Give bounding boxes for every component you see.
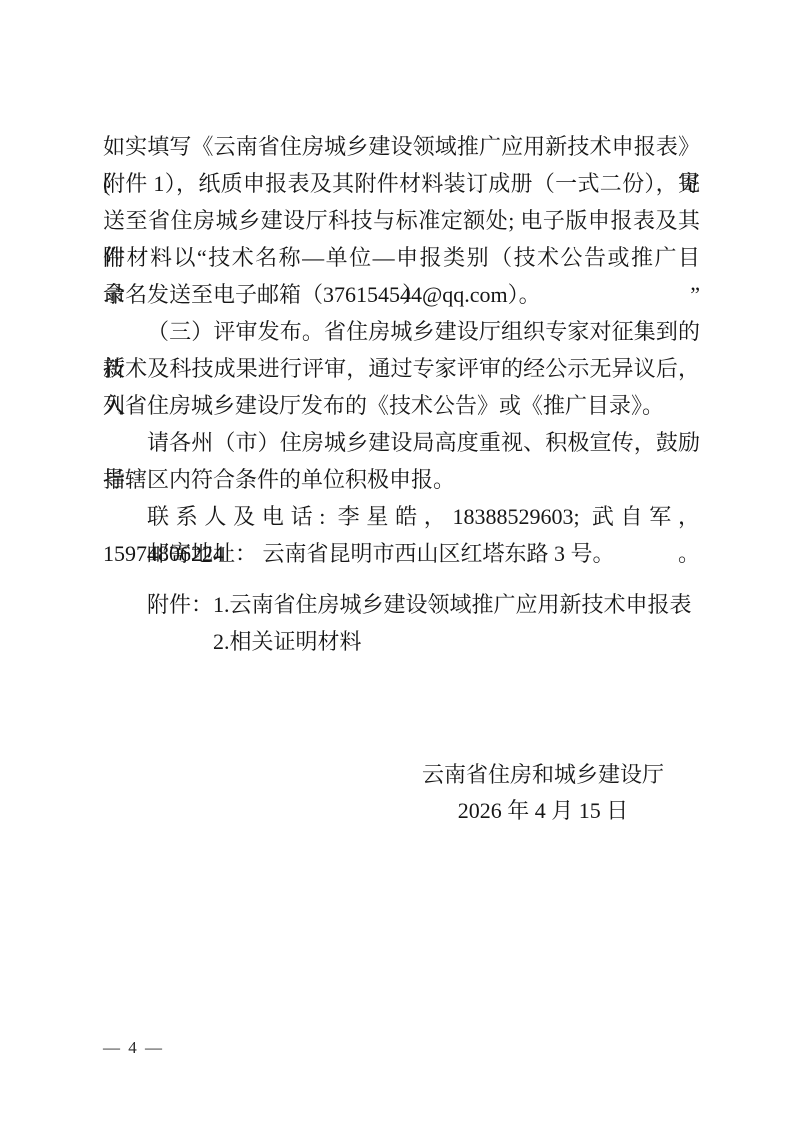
body-line-contacts: 联系人及电话: 李星皓，18388529603; 武自军，15974806224… [103,498,700,535]
page-footer: — 4 — [103,1036,164,1060]
attachment-heading-line: 附件：1.云南省住房城乡建设领域推广应用新技术申报表 [103,586,700,623]
body-line-mail-address: 邮寄地址： 云南省昆明市西山区红塔东路 3 号。 [103,535,700,572]
body-line: 附件 1），纸质申报表及其附件材料装订成册（一式二份），寄 [103,165,700,202]
body-line: 导辖区内符合条件的单位积极申报。 [103,461,700,498]
document-body: 如实填写《云南省住房城乡建设领域推广应用新技术申报表》( 见 附件 1），纸质申… [103,128,700,829]
signature-inner: 云南省住房和城乡建设厅 2026 年 4 月 15 日 [422,757,664,829]
body-line: 件材料以“技术名称—单位—申报类别（技术公告或推广目录）” [103,239,700,276]
signature-block: 云南省住房和城乡建设厅 2026 年 4 月 15 日 [103,757,700,829]
body-line: 如实填写《云南省住房城乡建设领域推广应用新技术申报表》( 见 [103,128,700,165]
body-line: 入省住房城乡建设厅发布的《技术公告》或《推广目录》。 [103,387,700,424]
page-number: — 4 — [103,1038,164,1057]
body-line: 技术及科技成果进行评审，通过专家评审的经公示无异议后，列 [103,350,700,387]
body-line-section-three: （三）评审发布。省住房城乡建设厅组织专家对征集到的新 [103,313,700,350]
signature-date: 2026 年 4 月 15 日 [422,793,664,829]
attachment-section: 附件：1.云南省住房城乡建设领域推广应用新技术申报表 2.相关证明材料 [103,586,700,660]
document-page: 如实填写《云南省住房城乡建设领域推广应用新技术申报表》( 见 附件 1），纸质申… [0,0,793,1122]
signature-organization: 云南省住房和城乡建设厅 [422,757,664,793]
body-line: 请各州（市）住房城乡建设局高度重视、积极宣传，鼓励指 [103,424,700,461]
attachment-item-line: 2.相关证明材料 [103,623,700,660]
body-line: 送至省住房城乡建设厅科技与标准定额处; 电子版申报表及其附 [103,202,700,239]
